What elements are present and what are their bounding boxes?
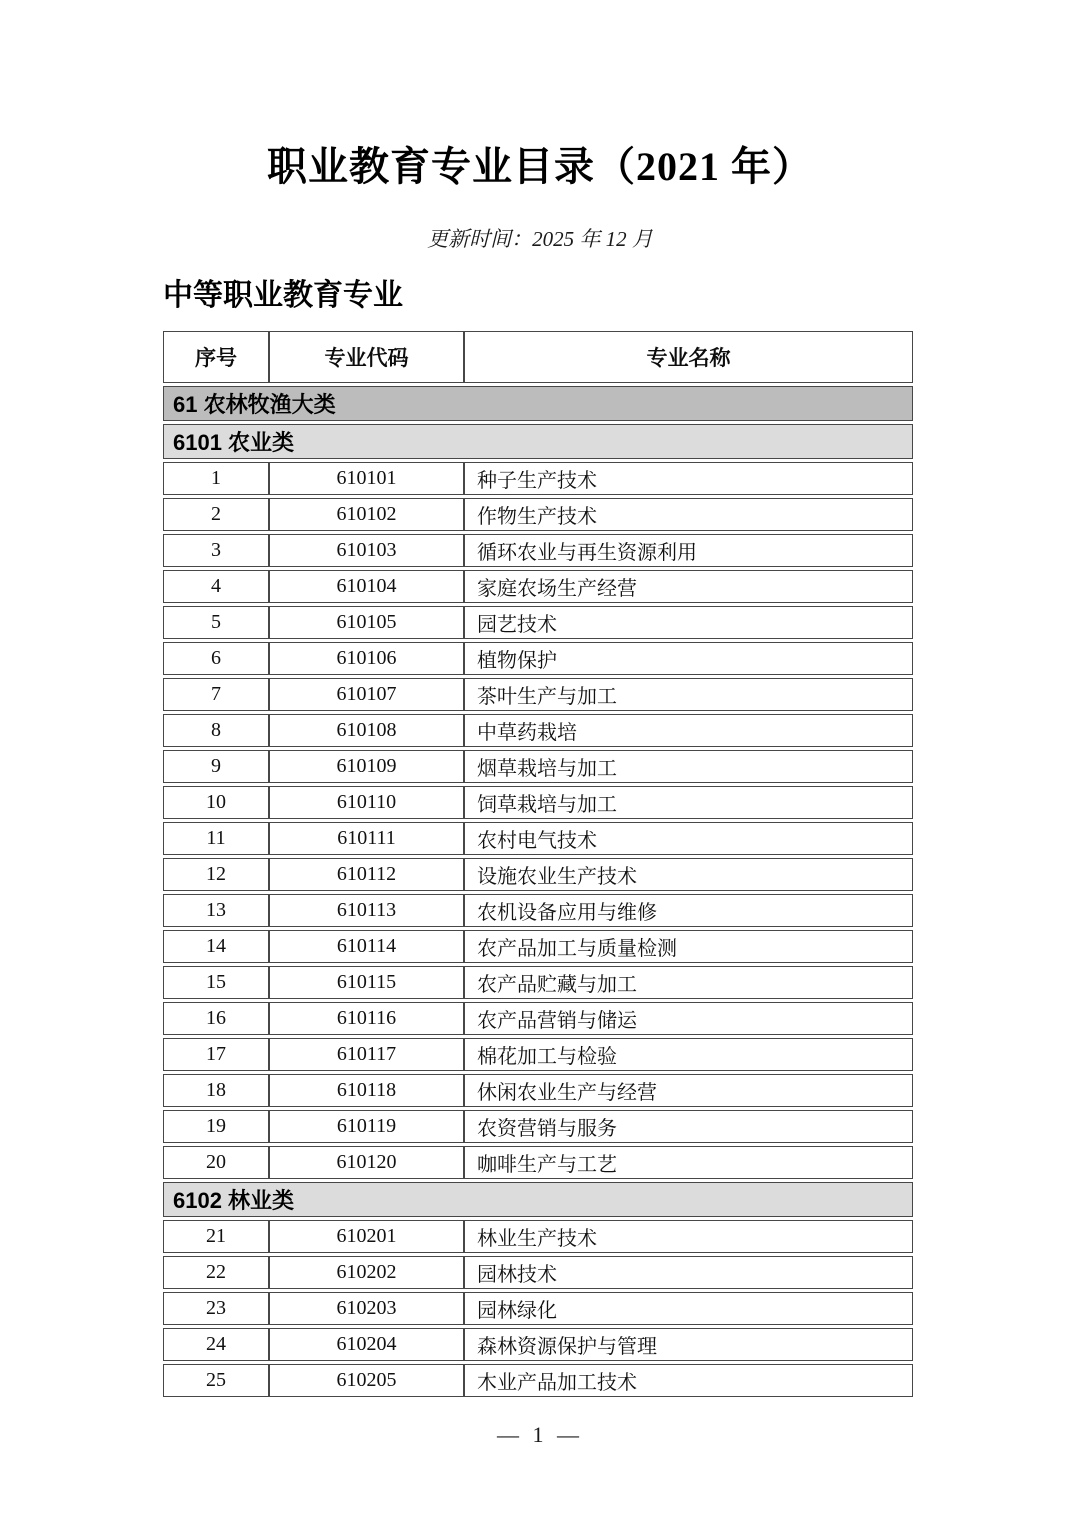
row-number: 6 [163, 642, 269, 675]
major-code: 610107 [269, 678, 464, 711]
major-code: 610112 [269, 858, 464, 891]
major-name: 木业产品加工技术 [464, 1364, 913, 1397]
subcategory-label: 6101 农业类 [163, 424, 913, 459]
table-row: 18610118休闲农业生产与经营 [163, 1074, 913, 1107]
table-row: 13610113农机设备应用与维修 [163, 894, 913, 927]
row-number: 25 [163, 1364, 269, 1397]
majors-table: 序号 专业代码 专业名称 61 农林牧渔大类6101 农业类1610101种子生… [163, 328, 913, 1400]
major-code: 610115 [269, 966, 464, 999]
major-code: 610118 [269, 1074, 464, 1107]
major-name: 休闲农业生产与经营 [464, 1074, 913, 1107]
table-row: 23610203园林绿化 [163, 1292, 913, 1325]
update-time-text: 更新时间：2025 年 12 月 [0, 190, 1080, 252]
major-code: 610114 [269, 930, 464, 963]
major-code: 610202 [269, 1256, 464, 1289]
table-row: 21610201林业生产技术 [163, 1220, 913, 1253]
major-name: 农资营销与服务 [464, 1110, 913, 1143]
col-header-code: 专业代码 [269, 331, 464, 383]
major-code: 610119 [269, 1110, 464, 1143]
table-row: 3610103循环农业与再生资源利用 [163, 534, 913, 567]
major-code: 610103 [269, 534, 464, 567]
major-name: 中草药栽培 [464, 714, 913, 747]
table-row: 10610110饲草栽培与加工 [163, 786, 913, 819]
major-code: 610204 [269, 1328, 464, 1361]
row-number: 13 [163, 894, 269, 927]
major-name: 植物保护 [464, 642, 913, 675]
row-number: 16 [163, 1002, 269, 1035]
major-code: 610104 [269, 570, 464, 603]
major-name: 烟草栽培与加工 [464, 750, 913, 783]
row-number: 22 [163, 1256, 269, 1289]
subcategory-row: 6102 林业类 [163, 1182, 913, 1217]
row-number: 21 [163, 1220, 269, 1253]
table-row: 6610106植物保护 [163, 642, 913, 675]
page-title: 职业教育专业目录（2021 年） [0, 0, 1080, 190]
major-name: 农机设备应用与维修 [464, 894, 913, 927]
subcategory-label: 6102 林业类 [163, 1182, 913, 1217]
section-heading: 中等职业教育专业 [163, 278, 1080, 314]
major-name: 农产品营销与储运 [464, 1002, 913, 1035]
table-row: 7610107茶叶生产与加工 [163, 678, 913, 711]
major-code: 610102 [269, 498, 464, 531]
row-number: 2 [163, 498, 269, 531]
major-code: 610111 [269, 822, 464, 855]
row-number: 24 [163, 1328, 269, 1361]
major-name: 林业生产技术 [464, 1220, 913, 1253]
major-name: 园林技术 [464, 1256, 913, 1289]
table-row: 9610109烟草栽培与加工 [163, 750, 913, 783]
row-number: 11 [163, 822, 269, 855]
table-row: 22610202园林技术 [163, 1256, 913, 1289]
major-name: 茶叶生产与加工 [464, 678, 913, 711]
major-code: 610205 [269, 1364, 464, 1397]
major-name: 种子生产技术 [464, 462, 913, 495]
major-code: 610120 [269, 1146, 464, 1179]
major-code: 610109 [269, 750, 464, 783]
major-name: 作物生产技术 [464, 498, 913, 531]
major-code: 610113 [269, 894, 464, 927]
table-row: 24610204森林资源保护与管理 [163, 1328, 913, 1361]
table-row: 25610205木业产品加工技术 [163, 1364, 913, 1397]
row-number: 19 [163, 1110, 269, 1143]
row-number: 14 [163, 930, 269, 963]
major-name: 园艺技术 [464, 606, 913, 639]
major-code: 610201 [269, 1220, 464, 1253]
col-header-no: 序号 [163, 331, 269, 383]
table-row: 12610112设施农业生产技术 [163, 858, 913, 891]
table-row: 20610120咖啡生产与工艺 [163, 1146, 913, 1179]
major-name: 家庭农场生产经营 [464, 570, 913, 603]
table-body: 61 农林牧渔大类6101 农业类1610101种子生产技术2610102作物生… [163, 386, 913, 1397]
col-header-name: 专业名称 [464, 331, 913, 383]
major-code: 610117 [269, 1038, 464, 1071]
row-number: 1 [163, 462, 269, 495]
major-name: 设施农业生产技术 [464, 858, 913, 891]
row-number: 23 [163, 1292, 269, 1325]
table-row: 15610115农产品贮藏与加工 [163, 966, 913, 999]
page-number: — 1 — [0, 1422, 1080, 1448]
table-row: 5610105园艺技术 [163, 606, 913, 639]
table-row: 8610108中草药栽培 [163, 714, 913, 747]
row-number: 7 [163, 678, 269, 711]
row-number: 20 [163, 1146, 269, 1179]
table-row: 17610117棉花加工与检验 [163, 1038, 913, 1071]
table-row: 2610102作物生产技术 [163, 498, 913, 531]
table-row: 14610114农产品加工与质量检测 [163, 930, 913, 963]
major-code: 610101 [269, 462, 464, 495]
row-number: 18 [163, 1074, 269, 1107]
major-name: 园林绿化 [464, 1292, 913, 1325]
table-row: 16610116农产品营销与储运 [163, 1002, 913, 1035]
major-name: 农产品贮藏与加工 [464, 966, 913, 999]
row-number: 8 [163, 714, 269, 747]
row-number: 5 [163, 606, 269, 639]
row-number: 12 [163, 858, 269, 891]
document-page: 职业教育专业目录（2021 年） 更新时间：2025 年 12 月 中等职业教育… [0, 0, 1080, 1527]
major-name: 棉花加工与检验 [464, 1038, 913, 1071]
row-number: 3 [163, 534, 269, 567]
table-row: 11610111农村电气技术 [163, 822, 913, 855]
table-row: 1610101种子生产技术 [163, 462, 913, 495]
major-name: 饲草栽培与加工 [464, 786, 913, 819]
category-label: 61 农林牧渔大类 [163, 386, 913, 421]
major-name: 咖啡生产与工艺 [464, 1146, 913, 1179]
major-code: 610116 [269, 1002, 464, 1035]
row-number: 15 [163, 966, 269, 999]
major-code: 610105 [269, 606, 464, 639]
major-code: 610108 [269, 714, 464, 747]
subcategory-row: 6101 农业类 [163, 424, 913, 459]
table-row: 4610104家庭农场生产经营 [163, 570, 913, 603]
category-row: 61 农林牧渔大类 [163, 386, 913, 421]
major-code: 610110 [269, 786, 464, 819]
table-header-row: 序号 专业代码 专业名称 [163, 331, 913, 383]
row-number: 4 [163, 570, 269, 603]
major-name: 森林资源保护与管理 [464, 1328, 913, 1361]
row-number: 17 [163, 1038, 269, 1071]
table-row: 19610119农资营销与服务 [163, 1110, 913, 1143]
major-code: 610106 [269, 642, 464, 675]
major-name: 农产品加工与质量检测 [464, 930, 913, 963]
major-name: 循环农业与再生资源利用 [464, 534, 913, 567]
row-number: 9 [163, 750, 269, 783]
major-code: 610203 [269, 1292, 464, 1325]
major-name: 农村电气技术 [464, 822, 913, 855]
row-number: 10 [163, 786, 269, 819]
